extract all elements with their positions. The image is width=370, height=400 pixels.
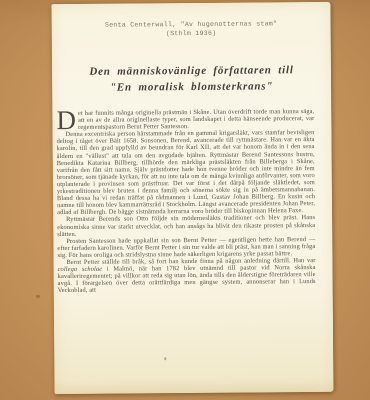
document-page: Senta Centerwall, "Av hugenotternas stam… — [51, 2, 333, 394]
cardboard-background: Senta Centerwall, "Av hugenotternas stam… — [0, 0, 370, 400]
cardboard-smudge — [36, 295, 40, 298]
paragraph-3: Ryttmästar Berends son Otto följde sin m… — [57, 214, 315, 237]
paragraph-1: Det har funnits många originella prästmä… — [56, 108, 314, 131]
article-body: Det har funnits många originella prästmä… — [56, 108, 315, 294]
article-title: Den människovänlige författaren till "En… — [52, 62, 331, 96]
paragraph-1-text: et har funnits många originella prästmän… — [78, 108, 314, 131]
paragraph-4: Prosten Santesson hade uppkallat sin son… — [57, 236, 315, 259]
attribution-line2: (Sthlm 1936) — [52, 28, 331, 39]
title-line2: "En moralisk blomsterkrans" — [52, 78, 331, 96]
paper-speck — [164, 357, 166, 360]
typed-attribution: Senta Centerwall, "Av hugenotternas stam… — [52, 19, 331, 39]
title-line1: Den människovänlige författaren till — [52, 62, 331, 80]
paragraph-2: Denna excentriska person härstammade frå… — [56, 129, 315, 216]
paragraph-5: Bernt Petter ställde till bråk, så fort … — [57, 257, 315, 294]
drop-cap: D — [56, 110, 78, 131]
